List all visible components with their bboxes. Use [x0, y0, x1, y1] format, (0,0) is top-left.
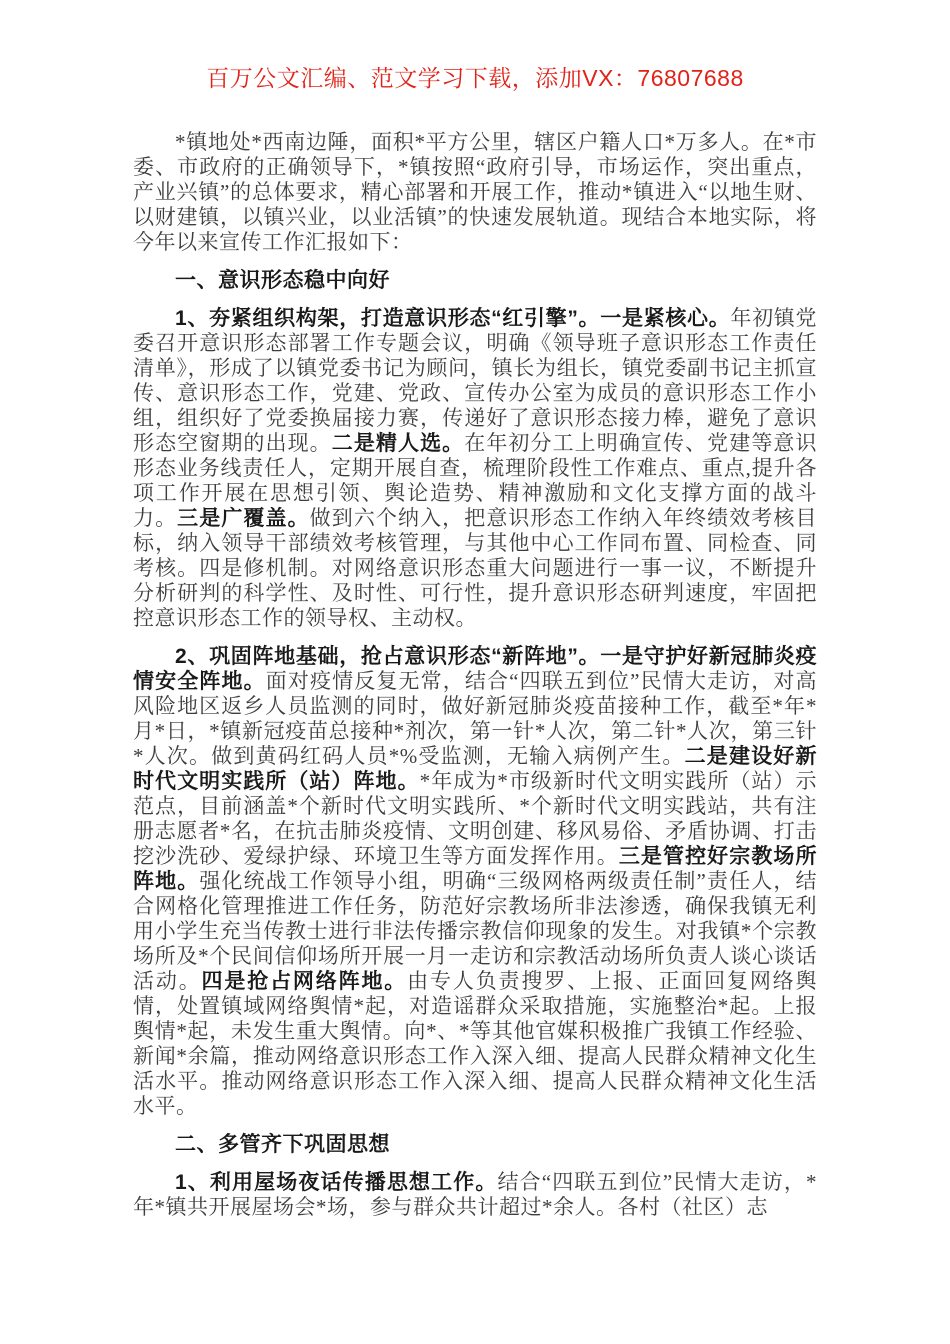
- intro-paragraph: *镇地处*西南边陲，面积*平方公里，辖区户籍人口*万多人。在*市委、市政府的正确…: [133, 130, 817, 255]
- section-1-paragraph-positions: 2、巩固阵地基础，抢占意识形态“新阵地”。一是守护好新冠肺炎疫情安全阵地。面对疫…: [133, 644, 817, 1119]
- emphasis-text-run: 1、利用屋场夜话传播思想工作。: [175, 1171, 498, 1194]
- promo-banner-text: 百万公文汇编、范文学习下载，添加VX：76807688: [0, 0, 950, 92]
- document-page: 百万公文汇编、范文学习下载，添加VX：76807688 *镇地处*西南边陲，面积…: [0, 0, 950, 1344]
- body-text-run: *镇地处*西南边陲，面积*平方公里，辖区户籍人口*万多人。在*市委、市政府的正确…: [133, 130, 817, 254]
- section-2-heading: 二、多管齐下巩固思想: [133, 1132, 817, 1157]
- section-1-paragraph-organization: 1、夯紧组织构架，打造意识形态“红引擎”。一是紧核心。年初镇党委召开意识形态部署…: [133, 306, 817, 631]
- emphasis-text-run: 1、夯紧组织构架，打造意识形态“红引擎”。一是紧核心。: [175, 307, 730, 330]
- section-1-heading: 一、意识形态稳中向好: [133, 268, 817, 293]
- emphasis-text-run: 三是广覆盖。: [177, 507, 310, 530]
- section-2-paragraph-night-talks: 1、利用屋场夜话传播思想工作。结合“四联五到位”民情大走访，*年*镇共开展屋场会…: [133, 1170, 817, 1220]
- emphasis-text-run: 四是抢占网络阵地。: [202, 970, 408, 993]
- document-body: *镇地处*西南边陲，面积*平方公里，辖区户籍人口*万多人。在*市委、市政府的正确…: [0, 130, 950, 1220]
- emphasis-text-run: 二是精人选。: [332, 432, 465, 455]
